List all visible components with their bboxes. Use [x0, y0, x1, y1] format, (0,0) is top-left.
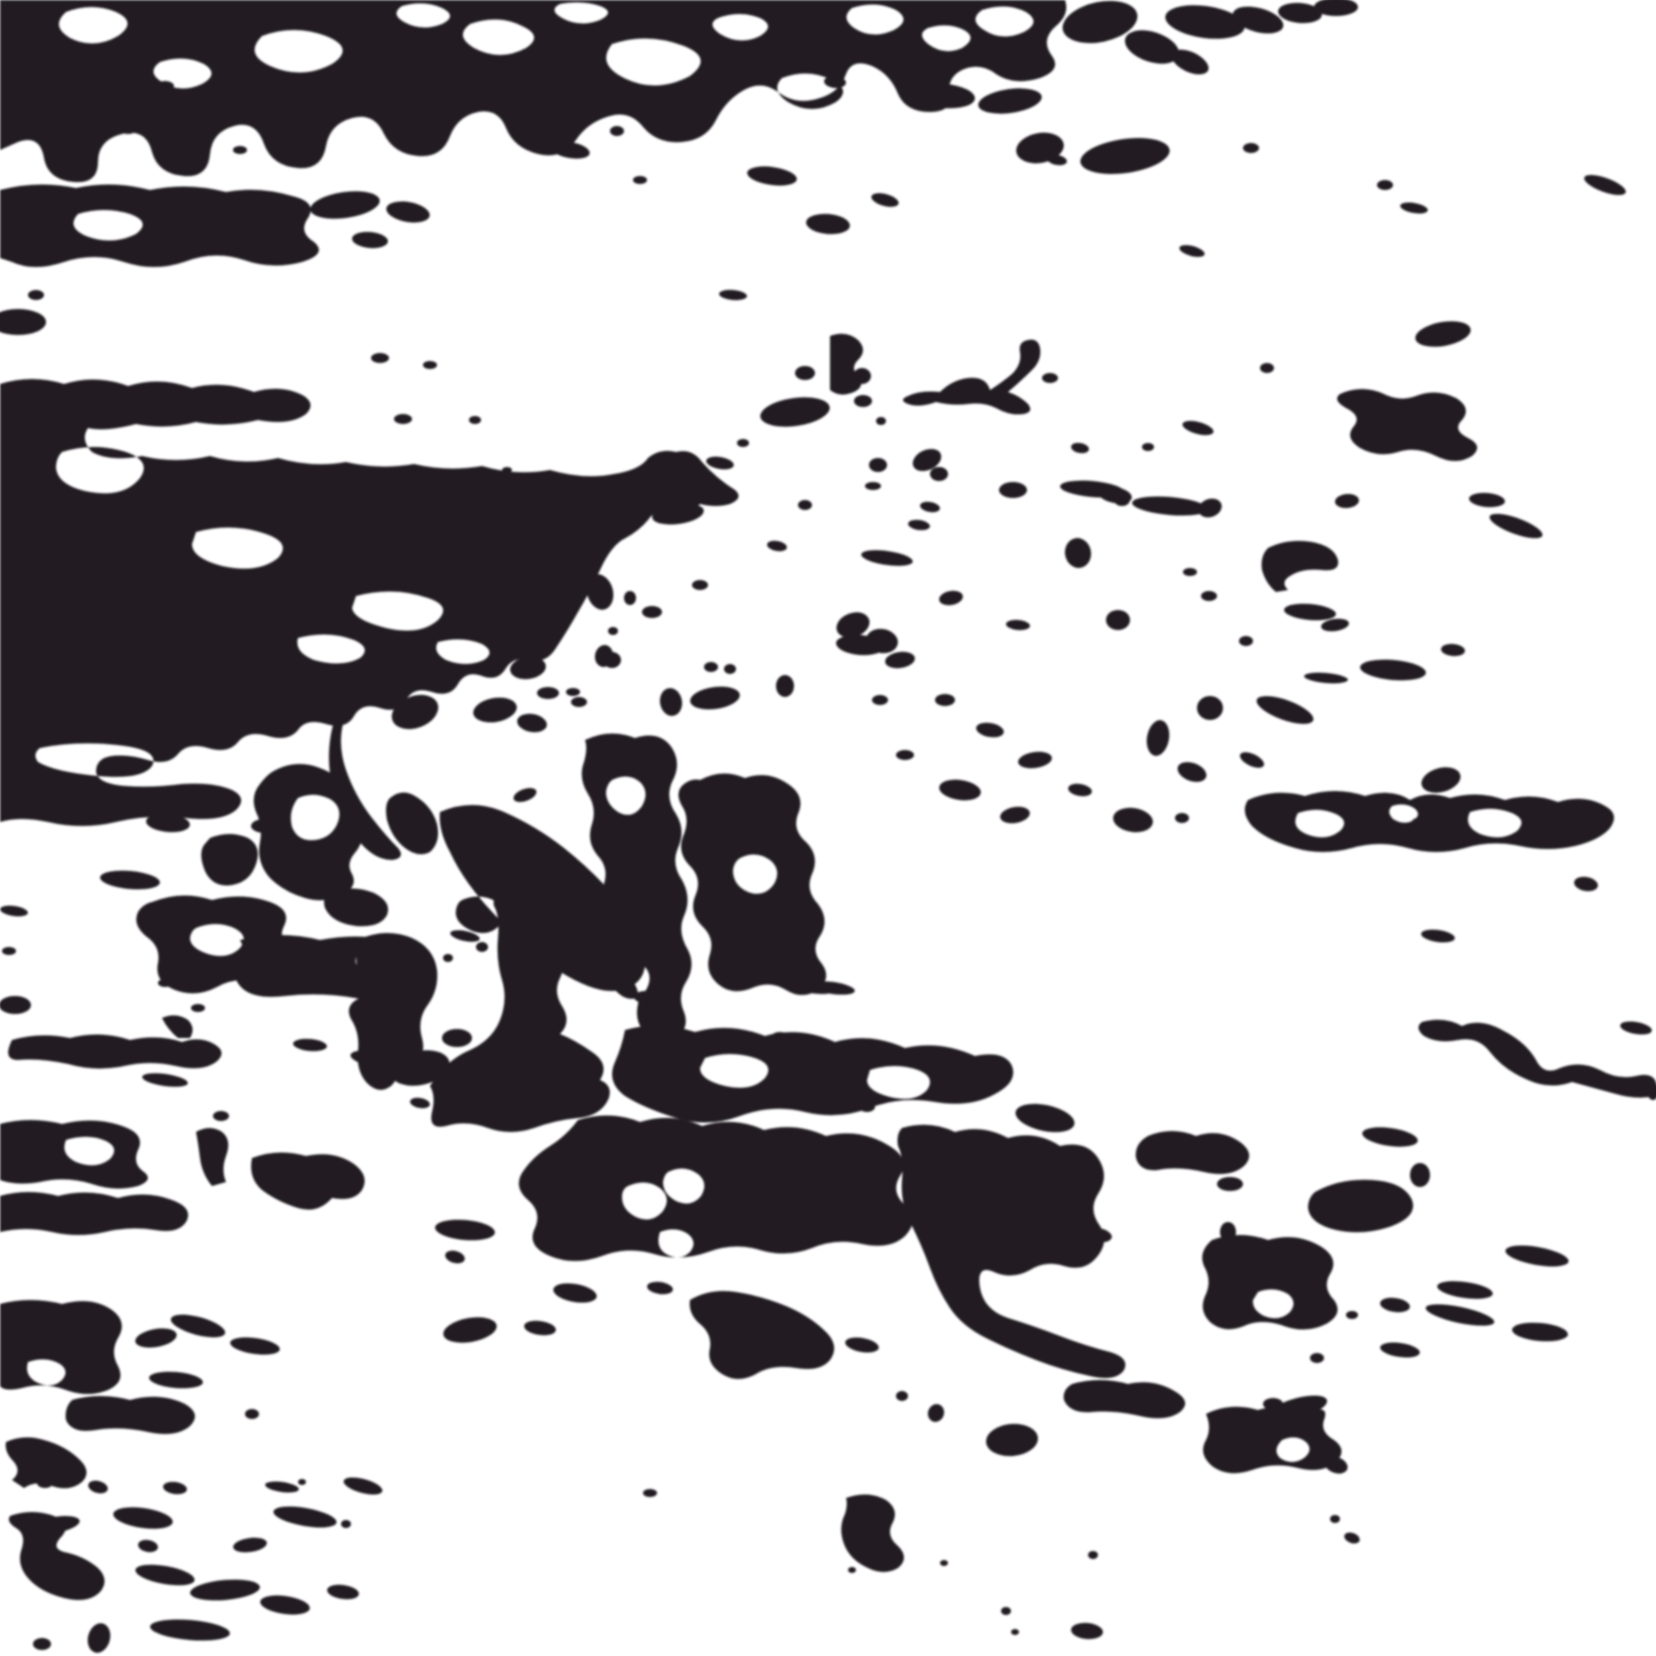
ink-spot — [930, 467, 948, 481]
bottom-left-slab — [66, 1396, 195, 1434]
ink-spot — [476, 942, 488, 952]
ink-spot — [1088, 1551, 1098, 1559]
ink-spot — [1106, 610, 1130, 630]
ink-spot — [692, 580, 708, 590]
ink-spot — [213, 1111, 229, 1121]
ink-spot — [853, 368, 871, 384]
ink-spot — [537, 687, 559, 699]
ink-spot — [872, 695, 888, 705]
ink-spot — [776, 675, 794, 697]
ink-spot — [869, 458, 887, 472]
ink-spot — [1142, 443, 1154, 451]
ink-spot — [343, 79, 357, 87]
ink-spot — [603, 652, 621, 668]
shadow-diagonal-lower — [519, 1115, 913, 1261]
ink-spot — [1412, 818, 1424, 826]
ink-spot — [1175, 813, 1189, 823]
ink-spot — [1410, 1163, 1430, 1187]
ink-spot — [566, 688, 580, 696]
ink-spot — [341, 1520, 351, 1528]
ink-spot — [37, 1478, 53, 1488]
emergent-image-figure — [0, 0, 1656, 1656]
ink-spot — [469, 564, 483, 572]
ink-spot — [633, 176, 647, 184]
ink-spot — [442, 1029, 472, 1047]
ink-spot — [394, 414, 412, 424]
ink-spot — [935, 694, 955, 706]
ink-spot — [1220, 1222, 1236, 1242]
ink-spot — [443, 954, 453, 962]
ink-spot — [896, 750, 914, 760]
ink-spot — [1239, 636, 1253, 646]
ink-spot — [1243, 143, 1259, 153]
left-row-three — [0, 1192, 188, 1235]
ink-spot — [798, 500, 812, 510]
ink-spot — [940, 1560, 948, 1566]
ink-spot — [54, 121, 66, 129]
ink-spot — [854, 395, 872, 407]
ink-spot — [118, 122, 138, 134]
ink-spot — [1001, 1607, 1011, 1615]
ink-spot — [298, 1479, 306, 1485]
ink-spot — [1346, 1311, 1358, 1319]
ink-spot — [848, 1567, 856, 1573]
ink-spot — [624, 591, 636, 605]
ink-spot — [642, 606, 662, 618]
ink-spot — [1011, 1629, 1019, 1635]
ink-spot — [608, 627, 618, 635]
ink-spot — [610, 126, 624, 136]
ink-spot — [515, 607, 525, 613]
ink-spot — [1217, 1177, 1243, 1191]
ink-spot — [28, 290, 44, 300]
dalmatian-illusion-image — [0, 0, 1656, 1656]
ink-spot — [1042, 373, 1058, 383]
ink-spot — [771, 1032, 789, 1042]
ink-spot — [865, 482, 881, 490]
ink-spot — [571, 697, 587, 707]
ink-spot — [371, 353, 389, 363]
ink-spot — [724, 664, 736, 674]
ink-spot — [0, 996, 31, 1014]
ink-spot — [999, 482, 1027, 498]
ink-spot — [517, 635, 537, 647]
ink-spot — [1260, 363, 1274, 373]
ink-spot — [1183, 568, 1197, 576]
ink-spot — [1201, 591, 1217, 601]
band-upper-left — [0, 184, 319, 267]
ink-spot — [156, 81, 174, 91]
ink-spot — [233, 146, 247, 154]
ink-spot — [423, 361, 437, 369]
ink-spot — [876, 417, 886, 425]
ink-spot — [634, 991, 656, 1003]
ink-spot — [528, 833, 544, 843]
ink-spot — [127, 83, 143, 93]
ink-spot — [191, 1004, 205, 1012]
ink-spot — [704, 662, 718, 672]
ink-spot — [469, 416, 481, 424]
ink-spot — [737, 439, 749, 447]
ink-spot — [795, 366, 815, 380]
ink-spot — [477, 602, 497, 614]
shadow-hammer-blob — [1136, 1131, 1249, 1174]
ink-spot — [251, 819, 279, 833]
ink-spot — [1310, 1353, 1324, 1363]
ink-spot — [1330, 1515, 1340, 1523]
ink-spot — [2, 947, 16, 955]
ink-spot — [502, 467, 512, 473]
ink-spot — [33, 1638, 51, 1650]
ink-spot — [158, 979, 172, 987]
ground-slab — [235, 935, 429, 1003]
ink-spot — [1263, 1398, 1283, 1410]
ink-spot — [859, 1102, 875, 1112]
ink-spot — [896, 1391, 908, 1401]
ink-spot — [643, 1489, 657, 1497]
ink-spot — [245, 1409, 259, 1419]
ink-spot — [1197, 696, 1223, 720]
ink-spot — [1377, 180, 1393, 190]
